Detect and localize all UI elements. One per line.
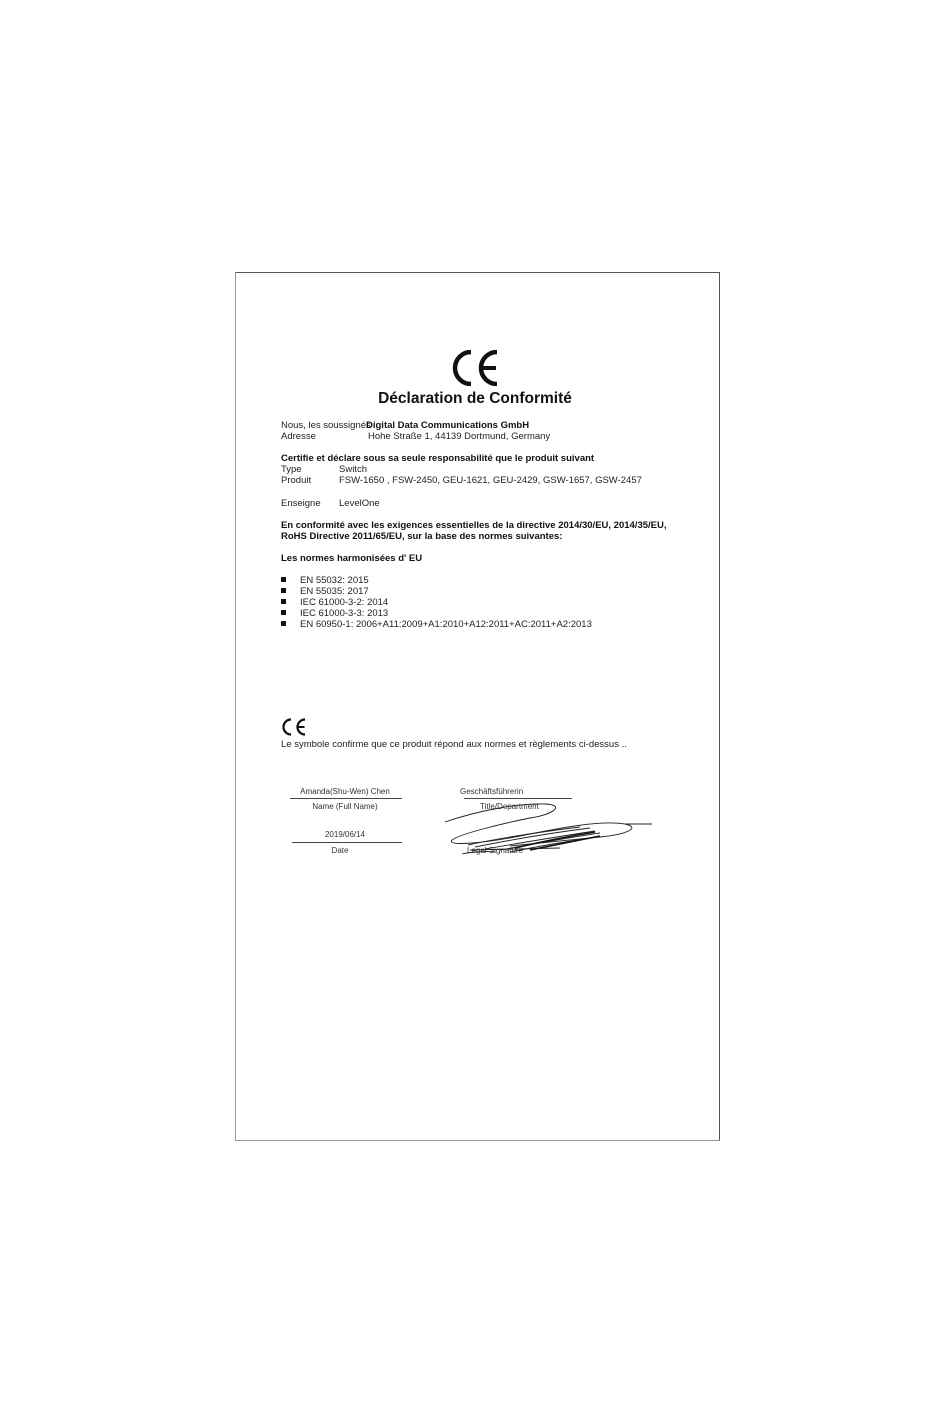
bullet-icon: [281, 610, 286, 615]
signer-title: Geschäftsführerin: [460, 787, 545, 796]
standard-item: IEC 61000-3-3: 2013: [281, 608, 388, 619]
standard-item: EN 55032: 2015: [281, 575, 369, 586]
title-line: [464, 798, 572, 799]
certification-heading: Certifie et déclare sous sa seule respon…: [281, 453, 594, 464]
date-label: Date: [290, 846, 390, 855]
standards-heading: Les normes harmonisées d' EU: [281, 553, 422, 564]
signing-date: 2019/06/14: [290, 830, 400, 839]
name-label: Name (Full Name): [290, 802, 400, 811]
bullet-icon: [281, 577, 286, 582]
product-label: Produit: [281, 475, 311, 486]
name-line: [290, 798, 402, 799]
type-label: Type: [281, 464, 302, 475]
bullet-icon: [281, 599, 286, 604]
page-title: Déclaration de Conformité: [0, 390, 950, 408]
conformity-line-2: RoHS Directive 2011/65/EU, sur la base d…: [281, 531, 562, 542]
signature-scribble-icon: [440, 800, 655, 860]
standard-item: IEC 61000-3-2: 2014: [281, 597, 388, 608]
bullet-icon: [281, 621, 286, 626]
signer-name: Amanda(Shu-Wen) Chen: [290, 787, 400, 796]
type-value: Switch: [339, 464, 367, 475]
standard-item: EN 55035: 2017: [281, 586, 369, 597]
address-value: Hohe Straße 1, 44139 Dortmund, Germany: [368, 431, 550, 442]
ce-mark-small-icon: [281, 718, 307, 736]
brand-value: LevelOne: [339, 498, 380, 509]
address-label: Adresse: [281, 431, 316, 442]
company-name: Digital Data Communications GmbH: [366, 420, 529, 431]
brand-label: Enseigne: [281, 498, 321, 509]
conformity-line-1: En conformité avec les exigences essenti…: [281, 520, 667, 531]
ce-mark-icon: [452, 350, 500, 386]
declarant-label: Nous, les soussignés: [281, 420, 371, 431]
date-line: [292, 842, 402, 843]
bullet-icon: [281, 588, 286, 593]
symbol-statement: Le symbole confirme que ce produit répon…: [281, 739, 627, 750]
standard-item: EN 60950-1: 2006+A11:2009+A1:2010+A12:20…: [281, 619, 592, 630]
product-value: FSW-1650 , FSW-2450, GEU-1621, GEU-2429,…: [339, 475, 642, 486]
